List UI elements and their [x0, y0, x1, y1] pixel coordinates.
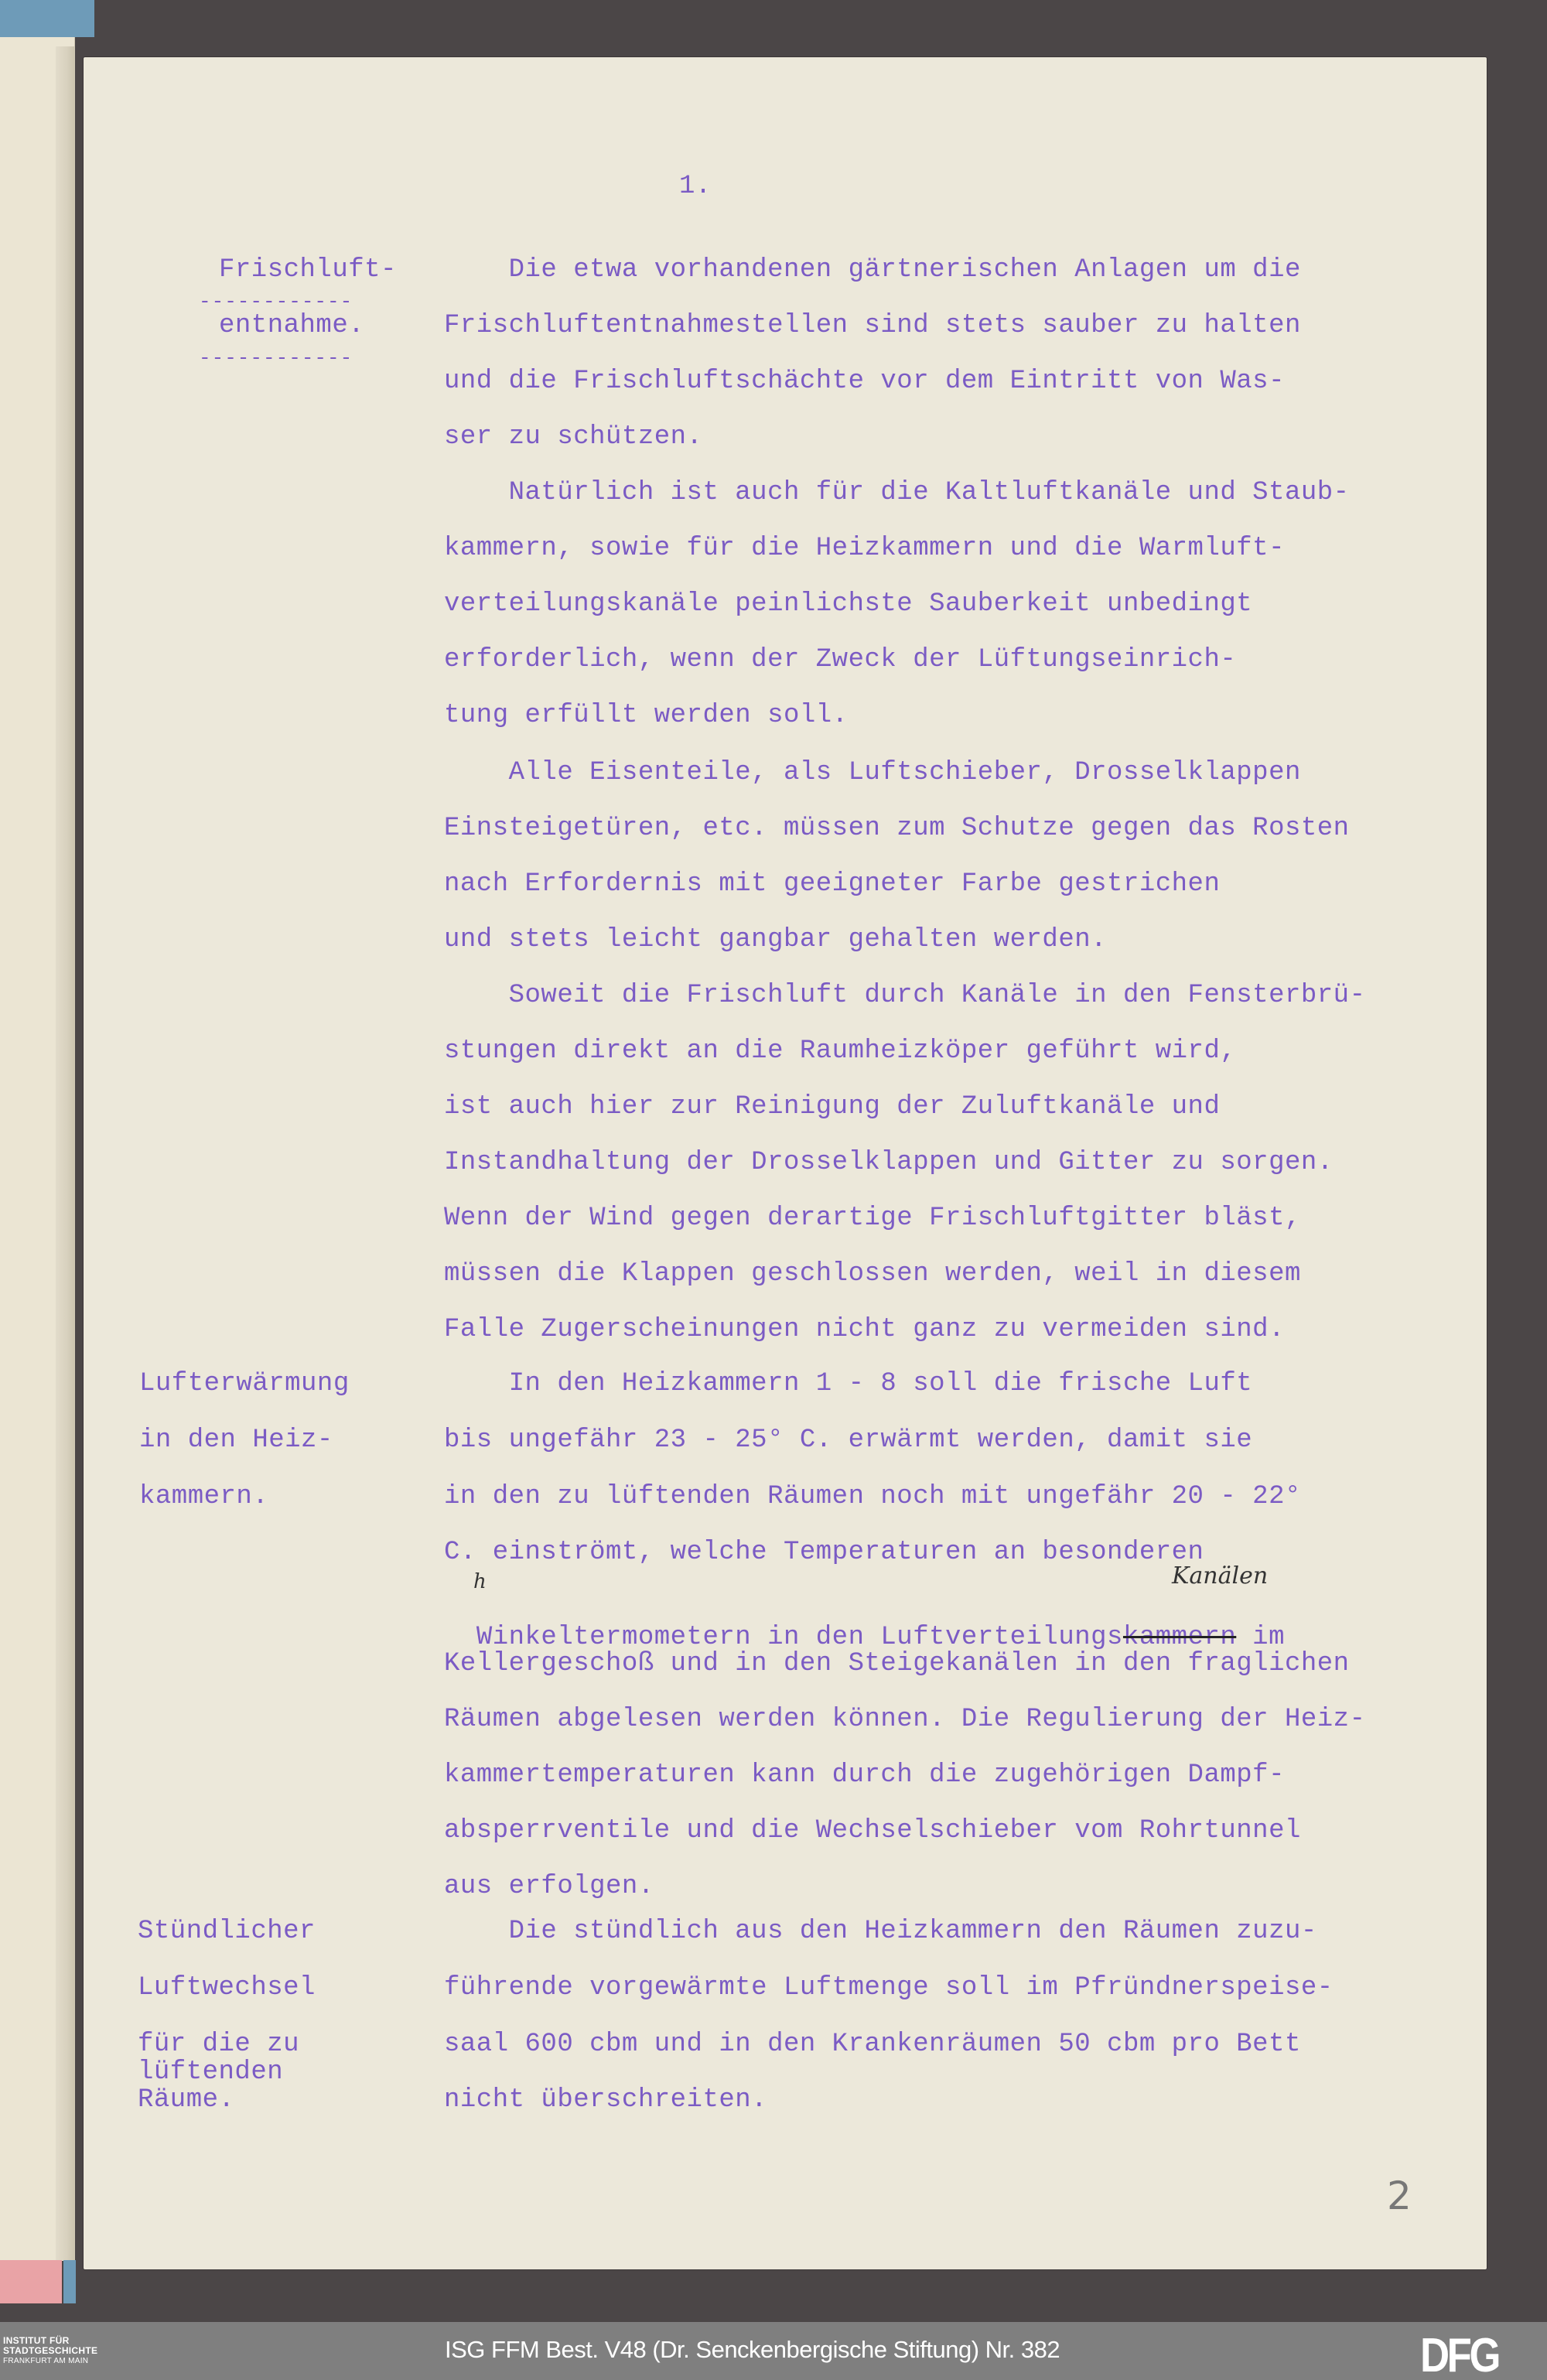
margin-note-frischluft-2: entnahme.	[219, 311, 364, 340]
margin-note-frischluft-1: Frischluft-	[219, 255, 397, 285]
dfg-logo: DFG	[1420, 2328, 1498, 2380]
body-line-32: führende vorgewärmte Luftmenge soll im P…	[444, 1973, 1334, 2003]
body-line-34: nicht überschreiten.	[444, 2085, 767, 2115]
handwritten-insert-kanaelen: Kanälen	[1172, 1562, 1268, 1590]
body-line-18: Wenn der Wind gegen derartige Frischluft…	[444, 1204, 1301, 1233]
body-line-20: Falle Zugerscheinungen nicht ganz zu ver…	[444, 1315, 1285, 1344]
body-line-33: saal 600 cbm und in den Krankenräumen 50…	[444, 2030, 1301, 2059]
margin-underline-1: ------------	[199, 290, 353, 313]
body-line-24: C. einströmt, welche Temperaturen an bes…	[444, 1538, 1204, 1567]
body-line-2: Frischluftentnahmestellen sind stets sau…	[444, 311, 1301, 340]
body-line-11: Einsteigetüren, etc. müssen zum Schutze …	[444, 814, 1350, 843]
pencil-folio-number: 2	[1387, 2173, 1412, 2218]
margin-note-luftwechsel-5: Räume.	[138, 2085, 234, 2115]
archive-footer-bar: INSTITUT FÜR STADTGESCHICHTE FRANKFURT A…	[0, 2322, 1547, 2380]
margin-note-luftwechsel-3: für die zu	[138, 2030, 299, 2059]
body-line-22: bis ungefähr 23 - 25° C. erwärmt werden,…	[444, 1426, 1252, 1455]
handwritten-insert-h: h	[473, 1570, 487, 1593]
margin-note-lufterwaermung-1: Lufterwärmung	[139, 1369, 350, 1398]
body-line-9: tung erfüllt werden soll.	[444, 701, 849, 730]
body-line-5: Natürlich ist auch für die Kaltluftkanäl…	[444, 478, 1350, 507]
body-line-30: aus erfolgen.	[444, 1872, 654, 1901]
binding-spine	[56, 46, 74, 2260]
body-line-1: Die etwa vorhandenen gärtnerischen Anlag…	[444, 255, 1301, 285]
page-number: 1.	[679, 172, 712, 201]
body-line-6: kammern, sowie für die Heizkammern und d…	[444, 534, 1285, 563]
body-line-13: und stets leicht gangbar gehalten werden…	[444, 925, 1107, 954]
archive-caption: ISG FFM Best. V48 (Dr. Senckenbergische …	[445, 2336, 1060, 2364]
body-line-28: kammertemperaturen kann durch die zugehö…	[444, 1760, 1285, 1790]
body-line-14: Soweit die Frischluft durch Kanäle in de…	[444, 981, 1366, 1010]
margin-note-luftwechsel-4: lüftenden	[138, 2057, 283, 2087]
body-line-8: erforderlich, wenn der Zweck der Lüftung…	[444, 645, 1236, 674]
body-line-3: und die Frischluftschächte vor dem Eintr…	[444, 367, 1285, 396]
body-line-26: Kellergeschoß und in den Steigekanälen i…	[444, 1649, 1350, 1678]
body-line-23: in den zu lüftenden Räumen noch mit unge…	[444, 1482, 1301, 1511]
body-line-19: müssen die Klappen geschlossen werden, w…	[444, 1259, 1301, 1289]
body-line-25-text: Winkeltermometern in den Luftverteilungs	[476, 1623, 1123, 1652]
body-line-4: ser zu schützen.	[444, 422, 702, 452]
body-line-12: nach Erfordernis mit geeigneter Farbe ge…	[444, 869, 1220, 899]
margin-note-luftwechsel-1: Stündlicher	[138, 1917, 316, 1946]
body-line-7: verteilungskanäle peinlichste Sauberkeit…	[444, 589, 1252, 619]
binder-blue-strip	[0, 0, 94, 37]
blue-binder-tab	[63, 2260, 76, 2303]
body-line-27: Räumen abgelesen werden können. Die Regu…	[444, 1705, 1366, 1734]
body-line-31: Die stündlich aus den Heizkammern den Rä…	[444, 1917, 1317, 1946]
struck-word: kammern	[1123, 1623, 1236, 1652]
pink-binder-tab	[0, 2260, 62, 2303]
body-line-21: In den Heizkammern 1 - 8 soll die frisch…	[444, 1369, 1252, 1398]
institution-line-3: FRANKFURT AM MAIN	[3, 2356, 97, 2366]
body-line-16: ist auch hier zur Reinigung der Zuluftka…	[444, 1092, 1220, 1122]
margin-note-lufterwaermung-3: kammern.	[139, 1482, 268, 1511]
body-line-29: absperrventile und die Wechselschieber v…	[444, 1816, 1301, 1846]
institution-line-2: STADTGESCHICHTE	[3, 2346, 97, 2356]
after-strike-text: im	[1236, 1623, 1285, 1652]
body-line-25-corrected: Winkeltermometern in den Luftverteilungs…	[444, 1593, 1285, 1652]
body-line-10: Alle Eisenteile, als Luftschieber, Dross…	[444, 758, 1301, 787]
body-line-17: Instandhaltung der Drosselklappen und Gi…	[444, 1148, 1334, 1177]
institution-logo: INSTITUT FÜR STADTGESCHICHTE FRANKFURT A…	[3, 2336, 97, 2366]
margin-note-luftwechsel-2: Luftwechsel	[138, 1973, 316, 2003]
margin-note-lufterwaermung-2: in den Heiz-	[139, 1426, 333, 1455]
margin-underline-2: ------------	[199, 347, 377, 370]
body-line-15: stungen direkt an die Raumheizköper gefü…	[444, 1036, 1236, 1066]
